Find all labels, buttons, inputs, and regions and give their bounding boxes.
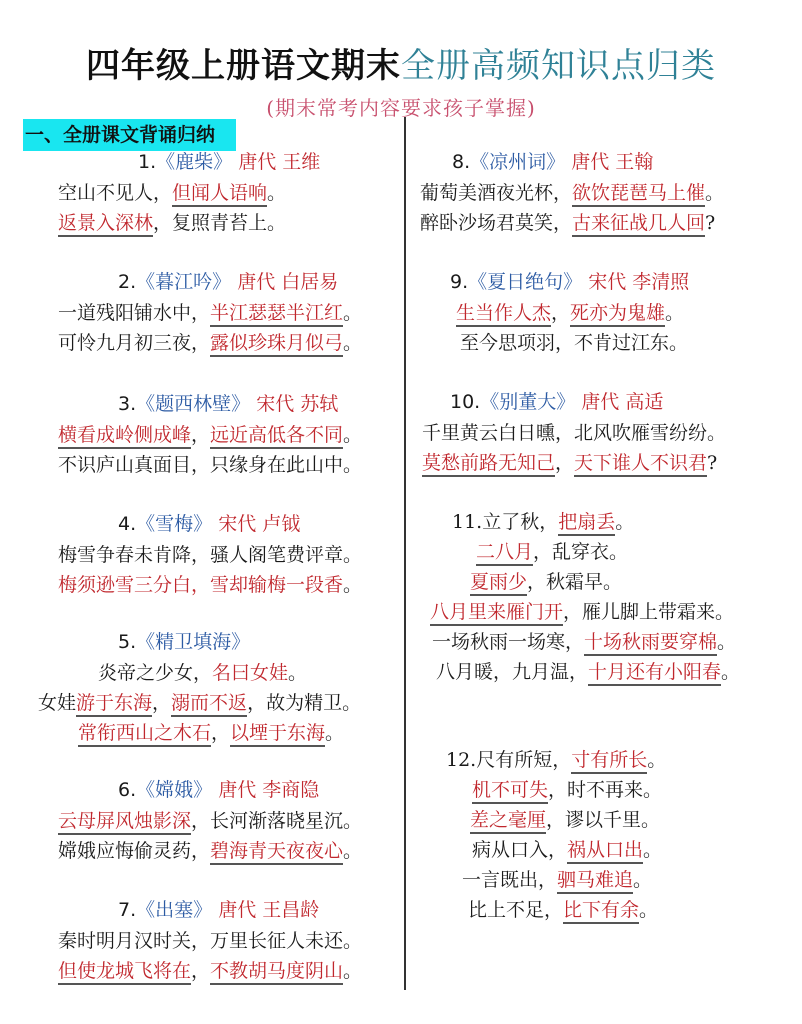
poem-heading: 8.《凉州词》 唐代 王翰	[452, 148, 653, 176]
verse-line: 八月里来雁门开，雁儿脚上带霜来。	[430, 598, 734, 626]
verse-text: 醉卧沙场君莫笑，	[420, 212, 572, 234]
highlighted-phrase: 不教胡马度阴山	[210, 960, 343, 985]
highlighted-phrase: 驷马难追	[557, 869, 633, 894]
verse-text: 一场秋雨一场寒，	[432, 631, 584, 653]
verse-line: 炎帝之少女，名曰女娃。	[98, 659, 307, 687]
poem-heading: 3.《题西林壁》 宋代 苏轼	[118, 390, 338, 418]
highlighted-phrase: 夏雨少	[470, 571, 527, 596]
verse-text: 空山不见人，	[58, 182, 172, 204]
verse-text: 。	[705, 182, 724, 204]
verse-line: 差之毫厘，谬以千里。	[470, 806, 660, 834]
poem-title: 《出塞》	[136, 899, 212, 921]
verse-text: 。	[643, 839, 662, 861]
verse-text: 。	[343, 574, 362, 596]
poem-author: 宋代 卢钺	[212, 513, 300, 535]
highlighted-phrase: 把扇丢	[558, 511, 615, 536]
verse-line: 生当作人杰，死亦为鬼雄。	[456, 299, 684, 327]
highlighted-phrase: 十月还有小阳春	[588, 661, 721, 686]
verse-text: 不识庐山真面目，只缘身在此山中。	[58, 454, 362, 476]
verse-text: 。	[665, 302, 684, 324]
highlighted-phrase: 比下有余	[563, 899, 639, 924]
poem-title: 《题西林壁》	[136, 393, 250, 415]
verse-text: ，乱穿衣。	[533, 541, 628, 563]
poem-number: 7.	[118, 899, 136, 921]
highlighted-phrase: 莫愁前路无知己	[422, 452, 555, 477]
verse-text: ，谬以千里。	[546, 809, 660, 831]
verse-text: 葡萄美酒夜光杯，	[420, 182, 572, 204]
highlighted-phrase: 十场秋雨要穿棉	[584, 631, 717, 656]
verse-text: 。	[343, 424, 362, 446]
verse-text: 女娃	[38, 692, 76, 714]
highlighted-phrase: 八月里来雁门开	[430, 601, 563, 626]
verse-text: 。	[647, 749, 666, 771]
verse-line: 返景入深林，复照青苔上。	[58, 209, 286, 237]
verse-text: 秦时明月汉时关，万里长征人未还。	[58, 930, 362, 952]
poem-author: 唐代 白居易	[231, 271, 338, 293]
poem-heading: 4.《雪梅》 宋代 卢钺	[118, 510, 300, 538]
title-teal-part: 全册高频知识点归类	[401, 46, 716, 86]
poem-title: 《凉州词》	[470, 151, 565, 173]
poem-number: 2.	[118, 271, 136, 293]
verse-line: 一场秋雨一场寒，十场秋雨要穿棉。	[432, 628, 736, 656]
title-black-part: 四年级上册语文期末	[86, 46, 401, 86]
verse-text: 千里黄云白日曛，北风吹雁雪纷纷。	[422, 422, 726, 444]
highlighted-phrase: 露似珍珠月似弓	[210, 332, 343, 357]
verse-line: 夏雨少，秋霜早。	[470, 568, 622, 596]
highlighted-phrase: 祸从口出	[567, 839, 643, 864]
verse-text: 。	[288, 662, 307, 684]
verse-text: ，故为精卫。	[247, 692, 361, 714]
verse-text: ，雁儿脚上带霜来。	[563, 601, 734, 623]
verse-text: 。	[267, 182, 286, 204]
highlighted-phrase: 但闻人语响	[172, 182, 267, 207]
poem-author: 宋代 李清照	[582, 271, 689, 293]
poem-heading: 10.《别董大》 唐代 高适	[450, 388, 663, 416]
highlighted-phrase: 欲饮琵琶马上催	[572, 182, 705, 207]
verse-text: 11.立了秋，	[452, 511, 558, 533]
verse-line: 千里黄云白日曛，北风吹雁雪纷纷。	[422, 419, 726, 447]
verse-line: 不识庐山真面目，只缘身在此山中。	[58, 451, 362, 479]
highlighted-phrase: 远近高低各不同	[210, 424, 343, 449]
poem-number: 1.	[138, 151, 156, 173]
verse-line: 横看成岭侧成峰，远近高低各不同。	[58, 421, 362, 449]
verse-text: ，时不再来。	[548, 779, 662, 801]
verse-text: ?	[707, 452, 717, 474]
verse-text: 。	[717, 631, 736, 653]
verse-text: 。	[633, 869, 652, 891]
verse-line: 机不可失，时不再来。	[472, 776, 662, 804]
verse-text: 。	[343, 302, 362, 324]
verse-text: ，	[152, 692, 171, 714]
poem-title: 《嫦娥》	[136, 779, 212, 801]
verse-line: 梅须逊雪三分白，雪却输梅一段香。	[58, 571, 362, 599]
verse-text: 12.尺有所短，	[446, 749, 571, 771]
highlighted-phrase: 云母屏风烛影深	[58, 810, 191, 835]
verse-text: 。	[343, 332, 362, 354]
highlighted-phrase: 常衔西山之木石	[78, 722, 211, 747]
column-divider	[404, 117, 406, 990]
verse-text: 名曰女娃	[212, 662, 288, 684]
highlighted-phrase: 半江瑟瑟半江红	[210, 302, 343, 327]
verse-line: 莫愁前路无知己，天下谁人不识君?	[422, 449, 717, 477]
verse-text: 。	[639, 899, 658, 921]
verse-line: 梅雪争春未肯降，骚人阁笔费评章。	[58, 541, 362, 569]
highlighted-phrase: 碧海青天夜夜心	[210, 840, 343, 865]
poem-heading: 6.《嫦娥》 唐代 李商隐	[118, 776, 319, 804]
verse-line: 可怜九月初三夜，露似珍珠月似弓。	[58, 329, 362, 357]
verse-line: 秦时明月汉时关，万里长征人未还。	[58, 927, 362, 955]
verse-text: ，	[191, 424, 210, 446]
verse-text: 。	[615, 511, 634, 533]
verse-text: 嫦娥应悔偷灵药，	[58, 840, 210, 862]
verse-line: 至今思项羽，不肯过江东。	[460, 329, 688, 357]
verse-line: 嫦娥应悔偷灵药，碧海青天夜夜心。	[58, 837, 362, 865]
poem-number: 8.	[452, 151, 470, 173]
verse-text: 。	[721, 661, 740, 683]
poem-title: 《精卫填海》	[136, 631, 250, 653]
poem-number: 3.	[118, 393, 136, 415]
verse-line: 醉卧沙场君莫笑，古来征战几人回?	[420, 209, 715, 237]
verse-text: ，长河渐落晓星沉。	[191, 810, 362, 832]
verse-line: 葡萄美酒夜光杯，欲饮琵琶马上催。	[420, 179, 724, 207]
verse-text: ，	[191, 960, 210, 982]
poem-title: 《暮江吟》	[136, 271, 231, 293]
poem-number: 4.	[118, 513, 136, 535]
highlighted-phrase: 横看成岭侧成峰	[58, 424, 191, 449]
verse-line: 常衔西山之木石，以堙于东海。	[78, 719, 344, 747]
highlighted-phrase: 二八月	[476, 541, 533, 566]
highlighted-phrase: 机不可失	[472, 779, 548, 804]
verse-line: 11.立了秋，把扇丢。	[452, 508, 634, 536]
verse-text: 。	[343, 840, 362, 862]
verse-text: ?	[705, 212, 715, 234]
poem-title: 《夏日绝句》	[468, 271, 582, 293]
poem-author: 唐代 王昌龄	[212, 899, 319, 921]
verse-line: 比上不足，比下有余。	[468, 896, 658, 924]
verse-line: 八月暖，九月温，十月还有小阳春。	[436, 658, 740, 686]
verse-text: 。	[325, 722, 344, 744]
verse-text: 一道残阳铺水中，	[58, 302, 210, 324]
highlighted-phrase: 死亦为鬼雄	[570, 302, 665, 327]
verse-line: 二八月，乱穿衣。	[476, 538, 628, 566]
page-subtitle: (期末常考内容要求孩子掌握)	[0, 92, 802, 121]
verse-text: 可怜九月初三夜，	[58, 332, 210, 354]
poem-heading: 1.《鹿柴》 唐代 王维	[138, 148, 320, 176]
highlighted-phrase: 古来征战几人回	[572, 212, 705, 237]
poem-heading: 5.《精卫填海》	[118, 628, 250, 656]
verse-line: 云母屏风烛影深，长河渐落晓星沉。	[58, 807, 362, 835]
highlighted-phrase: 但使龙城飞将在	[58, 960, 191, 985]
poem-number: 6.	[118, 779, 136, 801]
poem-heading: 2.《暮江吟》 唐代 白居易	[118, 268, 338, 296]
poem-number: 9.	[450, 271, 468, 293]
highlighted-phrase: 返景入深林	[58, 212, 153, 237]
poem-author: 唐代 高适	[575, 391, 663, 413]
poem-number: 10.	[450, 391, 480, 413]
verse-text: ，复照青苔上。	[153, 212, 286, 234]
verse-text: ，	[211, 722, 230, 744]
highlighted-phrase: 生当作人杰	[456, 302, 551, 327]
verse-text: 梅雪争春未肯降，骚人阁笔费评章。	[58, 544, 362, 566]
verse-line: 但使龙城飞将在，不教胡马度阴山。	[58, 957, 362, 985]
verse-text: 至今思项羽，不肯过江东。	[460, 332, 688, 354]
verse-line: 一言既出，驷马难追。	[462, 866, 652, 894]
verse-text: 梅须逊雪三分白，雪却输梅一段香	[58, 574, 343, 596]
verse-text: 比上不足，	[468, 899, 563, 921]
highlighted-phrase: 寸有所长	[571, 749, 647, 774]
verse-line: 一道残阳铺水中，半江瑟瑟半江红。	[58, 299, 362, 327]
verse-text: ，	[555, 452, 574, 474]
poem-author: 唐代 王翰	[565, 151, 653, 173]
poem-title: 《别董大》	[480, 391, 575, 413]
highlighted-phrase: 溺而不返	[171, 692, 247, 717]
highlighted-phrase: 游于东海	[76, 692, 152, 717]
verse-text: 病从口入，	[472, 839, 567, 861]
poem-title: 《雪梅》	[136, 513, 212, 535]
verse-text: 炎帝之少女，	[98, 662, 212, 684]
highlighted-phrase: 天下谁人不识君	[574, 452, 707, 477]
poem-author: 宋代 苏轼	[250, 393, 338, 415]
highlighted-phrase: 差之毫厘	[470, 809, 546, 834]
poem-title: 《鹿柴》	[156, 151, 232, 173]
poem-author: 唐代 李商隐	[212, 779, 319, 801]
verse-text: 。	[343, 960, 362, 982]
poem-number: 5.	[118, 631, 136, 653]
verse-text: 一言既出，	[462, 869, 557, 891]
verse-text: ，秋霜早。	[527, 571, 622, 593]
verse-line: 12.尺有所短，寸有所长。	[446, 746, 666, 774]
highlighted-phrase: 以堙于东海	[230, 722, 325, 747]
poem-heading: 9.《夏日绝句》 宋代 李清照	[450, 268, 689, 296]
section-heading: 一、全册课文背诵归纳	[23, 119, 236, 151]
verse-line: 空山不见人，但闻人语响。	[58, 179, 286, 207]
verse-line: 女娃游于东海，溺而不返，故为精卫。	[38, 689, 361, 717]
page-title: 四年级上册语文期末全册高频知识点归类	[0, 38, 802, 87]
poem-author: 唐代 王维	[232, 151, 320, 173]
verse-text: ，	[551, 302, 570, 324]
verse-line: 病从口入，祸从口出。	[472, 836, 662, 864]
verse-text: 八月暖，九月温，	[436, 661, 588, 683]
poem-heading: 7.《出塞》 唐代 王昌龄	[118, 896, 319, 924]
